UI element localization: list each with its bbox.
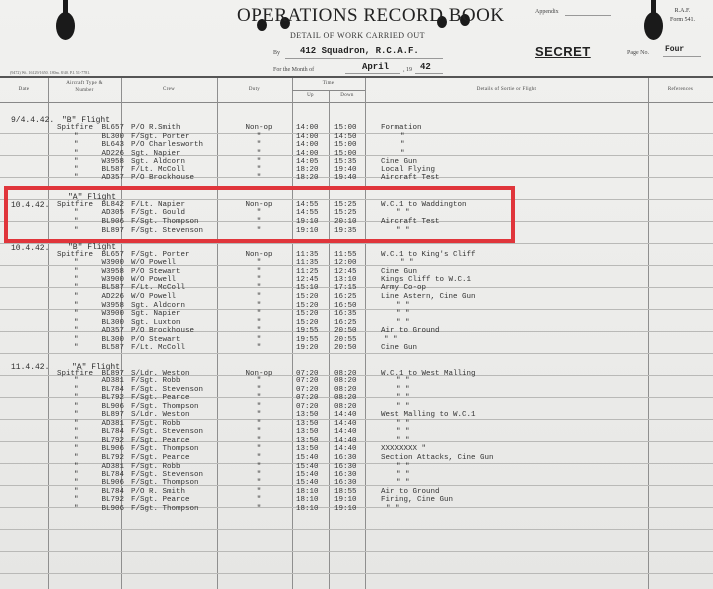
- aircraft-type: ": [74, 377, 79, 386]
- aircraft-type: ": [74, 174, 79, 183]
- table-row: " AD226 W/O Powell " 15:20 16:25 Line As…: [0, 293, 713, 302]
- time-down: 16:35: [334, 310, 357, 319]
- time-down: 19:10: [334, 496, 357, 505]
- time-up: 13:50: [296, 445, 319, 454]
- record-book-page: OPERATIONS RECORD BOOK DETAIL OF WORK CA…: [0, 0, 713, 589]
- time-down: 20:50: [334, 344, 357, 353]
- aircraft-number: BL587: [94, 284, 124, 293]
- time-down: 14:40: [334, 428, 357, 437]
- aircraft-number: BL906: [94, 479, 124, 488]
- col-header-time: Time: [292, 80, 365, 87]
- col-header-duty: Duty: [217, 86, 292, 93]
- duty: ": [244, 445, 274, 454]
- table-row: " BL587 F/Lt. McColl " 19:20 20:50 Cine …: [0, 344, 713, 353]
- duty: ": [244, 284, 274, 293]
- aircraft-number: AD381: [94, 377, 124, 386]
- duty: ": [244, 479, 274, 488]
- binder-hole-left: [56, 12, 75, 40]
- crew-name: F/Sgt. Thompson: [131, 505, 199, 514]
- form-label-raf: R.A.F.: [670, 7, 695, 16]
- page-number-line: [663, 56, 701, 57]
- aircraft-number: BL784: [94, 428, 124, 437]
- crew-name: W/O Powell: [131, 293, 176, 302]
- col-header-aircraft: Aircraft Type & Number: [48, 80, 121, 94]
- aircraft-number: AD226: [94, 293, 124, 302]
- crew-name: F/Sgt. Robb: [131, 377, 181, 386]
- aircraft-number: BL906: [94, 505, 124, 514]
- sortie-details: " ": [386, 505, 400, 514]
- duty: ": [244, 454, 274, 463]
- col-header-down: Down: [329, 92, 365, 99]
- crew-name: F/Lt. McColl: [131, 284, 185, 293]
- col-header-details: Details of Sortie or Flight: [365, 86, 648, 93]
- sortie-details: Formation: [381, 124, 422, 133]
- time-down: 20:50: [334, 327, 357, 336]
- time-down: 19:10: [334, 505, 357, 514]
- form-label-number: Form 541.: [670, 16, 695, 25]
- year-field-line: [415, 73, 443, 74]
- aircraft-type: ": [74, 327, 79, 336]
- page-number-label: Page No.: [627, 50, 649, 56]
- time-down: 12:00: [334, 259, 357, 268]
- ruled-line: [0, 573, 713, 574]
- table-row: " BL906 F/Sgt. Thompson " 15:40 16:30 " …: [0, 479, 713, 488]
- year-value: 42: [420, 62, 431, 72]
- table-row: " W3900 Sgt. Napier " 15:20 16:35 " ": [0, 310, 713, 319]
- time-down: 19:40: [334, 174, 357, 183]
- aircraft-type: ": [74, 394, 79, 403]
- table-row: " BL897 S/Ldr. Weston " 13:50 14:40 West…: [0, 411, 713, 420]
- sortie-details: ": [400, 141, 405, 150]
- table-row: " BL906 F/Sgt. Thompson " 13:50 14:40 XX…: [0, 445, 713, 454]
- crew-name: F/Sgt. Pearce: [131, 394, 190, 403]
- col-header-up: Up: [292, 92, 329, 99]
- aircraft-type: ": [74, 141, 79, 150]
- aircraft-number: BL792: [94, 394, 124, 403]
- table-row: " BL643 P/O Charlesworth " 14:00 15:00 ": [0, 141, 713, 150]
- aircraft-type: ": [74, 445, 79, 454]
- aircraft-type: ": [74, 479, 79, 488]
- time-down: 08:20: [334, 394, 357, 403]
- time-down: 17:15: [334, 284, 357, 293]
- month-value: April: [362, 62, 389, 72]
- time-down: 16:30: [334, 454, 357, 463]
- crew-name: F/Sgt. Pearce: [131, 496, 190, 505]
- appendix-field-line: [565, 15, 611, 16]
- aircraft-number: W3900: [94, 259, 124, 268]
- time-up: 14:00: [296, 124, 319, 133]
- time-down: 16:30: [334, 479, 357, 488]
- table-row: " AD381 F/Sgt. Robb " 07:20 08:20 " ": [0, 377, 713, 386]
- duty: Non-op: [244, 124, 274, 133]
- sortie-details: Cine Gun: [381, 344, 417, 353]
- secret-stamp: SECRET: [535, 44, 591, 59]
- aircraft-number: BL897: [94, 411, 124, 420]
- duty: ": [244, 394, 274, 403]
- crew-name: F/Lt. McColl: [131, 344, 185, 353]
- binder-hole-right: [644, 12, 663, 40]
- duty: ": [244, 310, 274, 319]
- form-label: R.A.F. Form 541.: [670, 7, 695, 25]
- sortie-details: " ": [396, 310, 410, 319]
- duty: ": [244, 505, 274, 514]
- col-header-references: References: [648, 86, 713, 93]
- sortie-details: " ": [396, 394, 410, 403]
- ruled-line: [0, 529, 713, 530]
- duty: ": [244, 411, 274, 420]
- duty: ": [244, 259, 274, 268]
- sortie-details: Section Attacks, Cine Gun: [381, 454, 494, 463]
- crew-name: F/Sgt. Pearce: [131, 454, 190, 463]
- crew-name: W/O Powell: [131, 259, 176, 268]
- print-code: (9472) Wt. 16129/1650. 180m. 8/40. P.I. …: [10, 70, 90, 75]
- duty: ": [244, 428, 274, 437]
- table-row: " BL784 F/Sgt. Stevenson " 13:50 14:40 "…: [0, 428, 713, 437]
- aircraft-number: BL792: [94, 454, 124, 463]
- crew-name: P/O Brockhouse: [131, 327, 194, 336]
- col-header-crew: Crew: [121, 86, 217, 93]
- time-up: 18:20: [296, 174, 319, 183]
- table-row: " BL792 F/Sgt. Pearce " 18:10 19:10 Firi…: [0, 496, 713, 505]
- table-row: " BL906 F/Sgt. Thompson " 18:10 19:10 " …: [0, 505, 713, 514]
- table-row: " AD357 P/O Brockhouse " 18:20 19:40 Air…: [0, 174, 713, 183]
- aircraft-number: BL657: [94, 124, 124, 133]
- crew-name: Sgt. Napier: [131, 310, 181, 319]
- ruled-line: [0, 551, 713, 552]
- page-number-value: Four: [665, 45, 684, 54]
- page-subtitle: DETAIL OF WORK CARRIED OUT: [290, 31, 425, 40]
- by-field-line: [285, 58, 443, 59]
- time-up: 15:20: [296, 310, 319, 319]
- sortie-details-struck-out: XXXXXXXX ": [381, 445, 426, 454]
- aircraft-type: ": [74, 293, 79, 302]
- table-row: " W3900 W/O Powell " 11:35 12:00 " ": [0, 259, 713, 268]
- duty: ": [244, 141, 274, 150]
- crew-name: P/O Brockhouse: [131, 174, 194, 183]
- aircraft-number: AD357: [94, 327, 124, 336]
- time-up: 19:20: [296, 344, 319, 353]
- ruled-line: [0, 353, 713, 354]
- month-field-line: [345, 73, 400, 74]
- aircraft-type: ": [74, 428, 79, 437]
- time-up: 14:00: [296, 141, 319, 150]
- sortie-details: Aircraft Test: [381, 174, 440, 183]
- aircraft-number: BL587: [94, 344, 124, 353]
- duty: ": [244, 293, 274, 302]
- time-up: 07:20: [296, 377, 319, 386]
- aircraft-type: ": [74, 259, 79, 268]
- time-up: 15:40: [296, 479, 319, 488]
- sortie-details: West Malling to W.C.1: [381, 411, 476, 420]
- table-row: " AD357 P/O Brockhouse " 19:55 20:50 Air…: [0, 327, 713, 336]
- squadron-value: 412 Squadron, R.C.A.F.: [300, 46, 419, 56]
- time-up: 15:10: [296, 284, 319, 293]
- col-header-aircraft-label: Aircraft Type & Number: [65, 80, 105, 94]
- col-header-date: Date: [0, 86, 48, 93]
- time-subheader-divider: [292, 90, 365, 91]
- crew-name: S/Ldr. Weston: [131, 411, 190, 420]
- month-label: For the Month of: [273, 67, 314, 73]
- table-row: " BL587 F/Lt. McColl " 15:10 17:15 Army …: [0, 284, 713, 293]
- by-label: By: [273, 50, 280, 56]
- aircraft-type: ": [74, 411, 79, 420]
- duty: ": [244, 344, 274, 353]
- aircraft-number: BL643: [94, 141, 124, 150]
- sortie-details: " ": [400, 259, 414, 268]
- time-up: 07:20: [296, 394, 319, 403]
- sortie-details: Line Astern, Cine Gun: [381, 293, 476, 302]
- aircraft-type: ": [74, 310, 79, 319]
- table-row: Spitfire BL657 P/O R.Smith Non-op 14:00 …: [0, 124, 713, 133]
- time-down: 14:40: [334, 411, 357, 420]
- page-title: OPERATIONS RECORD BOOK: [237, 5, 505, 27]
- sortie-details: " ": [396, 479, 410, 488]
- duty: ": [244, 327, 274, 336]
- sortie-details: Air to Ground: [381, 327, 440, 336]
- time-up: 19:55: [296, 327, 319, 336]
- year-label: , 19: [403, 67, 412, 73]
- time-down: 16:25: [334, 293, 357, 302]
- aircraft-type: ": [74, 505, 79, 514]
- time-up: 13:50: [296, 411, 319, 420]
- aircraft-type: ": [74, 454, 79, 463]
- crew-name: F/Sgt. Thompson: [131, 445, 199, 454]
- sortie-details: Firing, Cine Gun: [381, 496, 453, 505]
- table-row: " BL792 F/Sgt. Pearce " 15:40 16:30 Sect…: [0, 454, 713, 463]
- aircraft-number: BL906: [94, 445, 124, 454]
- highlight-box: [4, 186, 515, 243]
- time-down: 08:20: [334, 377, 357, 386]
- crew-name: F/Sgt. Stevenson: [131, 428, 203, 437]
- table-row: " BL792 F/Sgt. Pearce " 07:20 08:20 " ": [0, 394, 713, 403]
- time-up: 18:10: [296, 505, 319, 514]
- time-down: 15:00: [334, 124, 357, 133]
- appendix-label: Appendix: [535, 9, 559, 15]
- time-up: 13:50: [296, 428, 319, 437]
- time-up: 15:20: [296, 293, 319, 302]
- time-up: 18:10: [296, 496, 319, 505]
- aircraft-type: ": [74, 344, 79, 353]
- crew-name: P/O R.Smith: [131, 124, 181, 133]
- aircraft-type: ": [74, 284, 79, 293]
- duty: ": [244, 496, 274, 505]
- sortie-details: " ": [396, 377, 410, 386]
- duty: ": [244, 377, 274, 386]
- aircraft-number: BL792: [94, 496, 124, 505]
- time-down: 14:40: [334, 445, 357, 454]
- sortie-details: " ": [396, 428, 410, 437]
- time-up: 11:35: [296, 259, 319, 268]
- crew-name: P/O Charlesworth: [131, 141, 203, 150]
- aircraft-type: ": [74, 496, 79, 505]
- time-up: 15:40: [296, 454, 319, 463]
- crew-name: F/Sgt. Thompson: [131, 479, 199, 488]
- duty: ": [244, 174, 274, 183]
- aircraft-type: Spitfire: [57, 124, 95, 133]
- aircraft-number: AD357: [94, 174, 124, 183]
- time-down: 15:00: [334, 141, 357, 150]
- aircraft-number: W3900: [94, 310, 124, 319]
- sortie-details: Army Co-op: [381, 284, 426, 293]
